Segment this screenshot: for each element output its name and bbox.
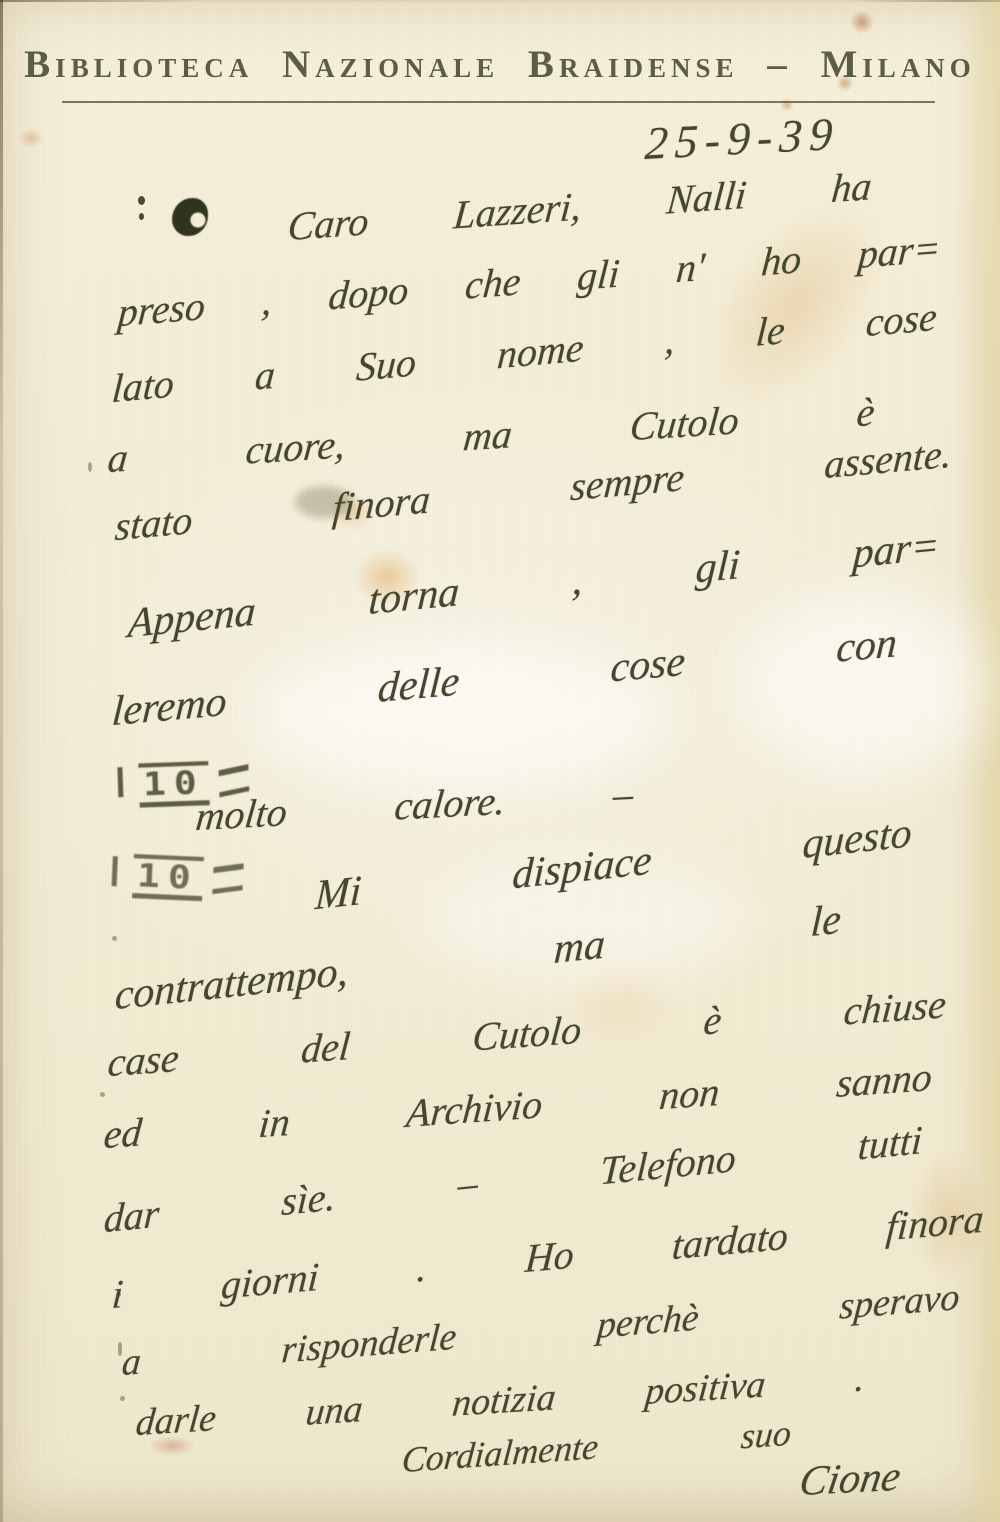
ink-blot [172,198,208,236]
ink-dots [138,196,145,205]
stamp-text: 10 [138,761,209,808]
foxing-stain [850,10,874,34]
paper-wash-patch [740,590,990,780]
speckle [112,936,117,941]
letterhead-title: Biblioteca Nazionale Braidense – Milano [0,42,1000,87]
signature: Cione [796,1451,973,1504]
letter-line: molto calore. – [194,773,636,838]
stamp-mark: 10 [111,849,244,907]
letterhead-rule [62,101,935,103]
left-edge-stain [18,128,44,148]
speckle [120,1396,125,1401]
letter-closing: Cordialmente suo [400,1415,792,1480]
letter-line-salutation: Caro Lazzeri, Nalli ha [286,165,873,248]
scan-edge-top [0,0,1000,2]
scan-edge-left [0,0,3,1522]
scan-edge-right [958,0,1000,1522]
speckle [88,462,92,472]
stamp-text: 10 [132,854,204,901]
stamp-mark: 10 [117,756,250,813]
letter-line: leremo delle cose con [110,621,898,734]
speckle [100,1092,105,1097]
letter-page: Biblioteca Nazionale Braidense – Milano … [0,0,1000,1522]
handwritten-date: 25-9-39 [644,106,911,168]
speckle [118,1342,122,1356]
